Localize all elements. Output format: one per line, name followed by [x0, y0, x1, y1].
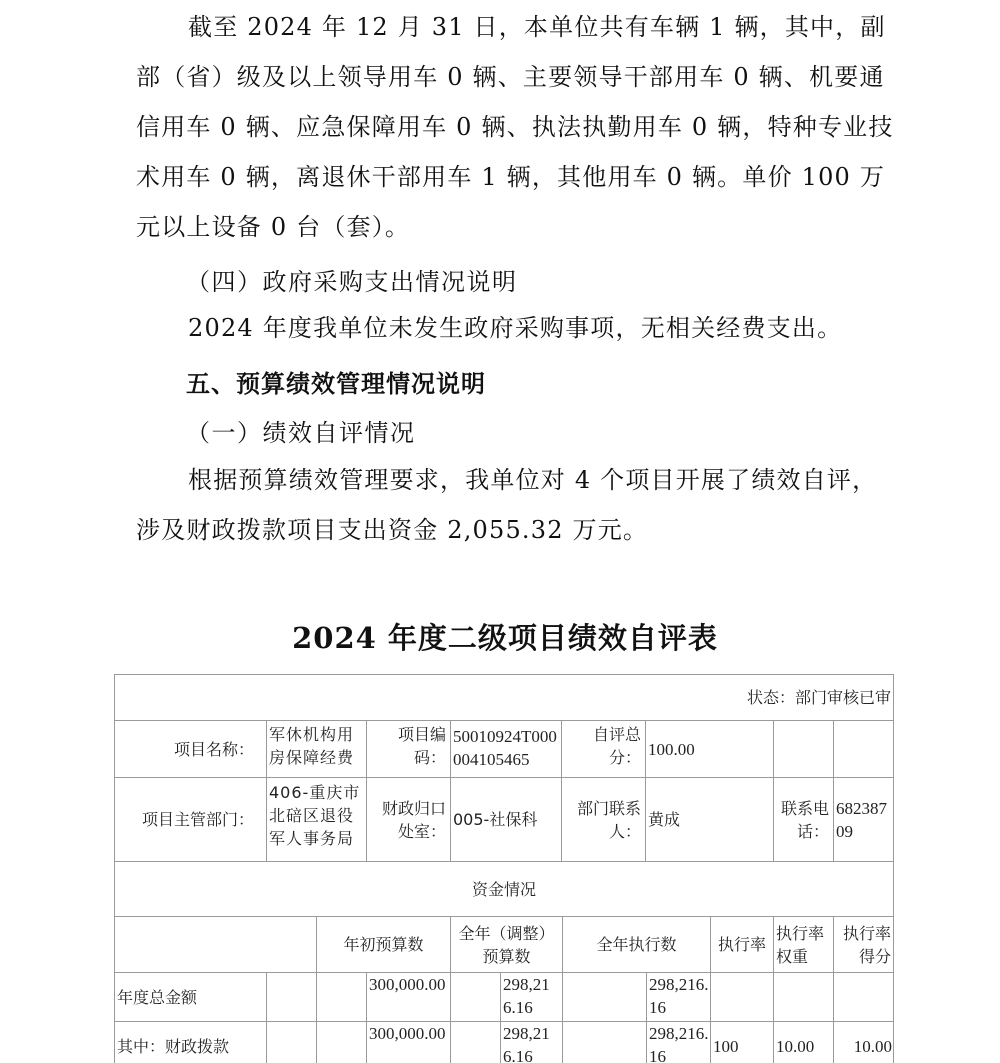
status-text: 状态：部门审核已审 — [747, 686, 891, 709]
phone-value: 68238709 — [836, 797, 893, 843]
header-adjusted-budget-label: 全年（调整）预算数 — [457, 922, 556, 968]
dept-value: 406-重庆市北碚区退役军人事务局 — [269, 783, 360, 848]
exec-weight-cell: 10.00 — [773, 1021, 834, 1063]
phone-label: 联系电话： — [774, 797, 829, 843]
executed-value: 298,216.16 — [649, 975, 709, 1017]
executed-cell: 298,216.16 — [646, 972, 711, 1022]
empty-cell — [266, 972, 317, 1022]
funding-section-header: 资金情况 — [114, 861, 894, 917]
dept-cell: 406-重庆市北碚区退役军人事务局 — [266, 777, 367, 862]
phone-cell: 68238709 — [833, 777, 894, 862]
empty-cell — [562, 972, 647, 1022]
project-name-cell: 军休机构用房保障经费 — [266, 720, 367, 778]
initial-budget-cell: 300,000.00 — [366, 1021, 451, 1063]
header-exec-rate: 执行率 — [710, 916, 774, 973]
header-exec-score-label: 执行率得分 — [834, 922, 891, 968]
project-code-value: 50010924T000004105465 — [453, 727, 557, 769]
header-initial-budget-label: 年初预算数 — [343, 933, 423, 956]
project-code-label-cell: 项目编码： — [366, 720, 451, 778]
adjusted-budget-cell: 298,216.16 — [500, 1021, 563, 1063]
funding-section-label: 资金情况 — [472, 878, 536, 901]
initial-budget-cell: 300,000.00 — [366, 972, 451, 1022]
executed-value: 298,216.16 — [649, 1024, 709, 1063]
initial-budget-value: 300,000.00 — [369, 975, 446, 994]
funding-row-label: 年度总金额 — [114, 972, 267, 1022]
status-row: 状态：部门审核已审 — [114, 674, 894, 721]
project-code-cell: 50010924T000004105465 — [450, 720, 562, 778]
contact-label: 部门联系人： — [562, 797, 641, 843]
dept-label: 项目主管部门： — [142, 808, 254, 831]
self-score-cell: 100.00 — [645, 720, 774, 778]
project-name-label-cell: 项目名称： — [114, 720, 267, 778]
finance-office-value: 005-社保科 — [453, 808, 537, 831]
empty-cell — [833, 720, 894, 778]
self-score-value: 100.00 — [648, 738, 695, 761]
paragraph-procurement: 2024 年度我单位未发生政府采购事项，无相关经费支出。 — [136, 303, 896, 353]
finance-office-label: 财政归口处室： — [367, 797, 446, 843]
row-label-fiscal: 其中：财政拨款 — [117, 1035, 229, 1058]
initial-budget-value: 300,000.00 — [369, 1024, 446, 1043]
header-executed-label: 全年执行数 — [596, 933, 676, 956]
empty-cell — [316, 972, 367, 1022]
heading-procurement: （四）政府采购支出情况说明 — [186, 262, 518, 297]
header-exec-weight: 执行率权重 — [773, 916, 834, 973]
exec-rate-value: 100 — [713, 1035, 739, 1058]
header-adjusted-budget: 全年（调整）预算数 — [450, 916, 563, 973]
empty-cell — [450, 1021, 501, 1063]
header-exec-weight-label: 执行率权重 — [776, 922, 833, 968]
exec-score-cell: 10.00 — [833, 1021, 894, 1063]
exec-rate-cell — [710, 972, 774, 1022]
exec-weight-value: 10.00 — [776, 1035, 814, 1058]
paragraph-vehicles: 截至 2024 年 12 月 31 日，本单位共有车辆 1 辆，其中，副部（省）… — [136, 2, 896, 252]
heading-self-evaluation: （一）绩效自评情况 — [186, 413, 416, 448]
project-code-label: 项目编码： — [398, 725, 446, 767]
empty-cell — [266, 1021, 317, 1063]
adjusted-budget-cell: 298,216.16 — [500, 972, 563, 1022]
row-label-total: 年度总金额 — [117, 986, 197, 1009]
table-title: 2024 年度二级项目绩效自评表 — [0, 616, 1000, 657]
self-score-label-cell: 自评总分： — [561, 720, 646, 778]
exec-score-cell — [833, 972, 894, 1022]
header-exec-rate-label: 执行率 — [718, 933, 766, 956]
executed-cell: 298,216.16 — [646, 1021, 711, 1063]
project-name-value: 军休机构用房保障经费 — [269, 725, 354, 767]
adjusted-budget-value: 298,216.16 — [503, 975, 550, 1017]
empty-header-cell — [114, 916, 317, 973]
project-name-label: 项目名称： — [174, 738, 254, 761]
empty-cell — [450, 972, 501, 1022]
header-initial-budget: 年初预算数 — [316, 916, 451, 973]
heading-section-5: 五、预算绩效管理情况说明 — [186, 364, 486, 399]
empty-cell — [773, 720, 834, 778]
contact-cell: 黄成 — [645, 777, 774, 862]
exec-rate-cell: 100 — [710, 1021, 774, 1063]
contact-label-cell: 部门联系人： — [561, 777, 646, 862]
finance-office-label-cell: 财政归口处室： — [366, 777, 451, 862]
contact-value: 黄成 — [648, 808, 680, 831]
finance-office-cell: 005-社保科 — [450, 777, 562, 862]
empty-cell — [562, 1021, 647, 1063]
funding-row-label: 其中：财政拨款 — [114, 1021, 267, 1063]
exec-score-value: 10.00 — [854, 1035, 892, 1058]
header-executed: 全年执行数 — [562, 916, 711, 973]
self-score-label: 自评总分： — [593, 725, 641, 767]
empty-cell — [316, 1021, 367, 1063]
exec-weight-cell — [773, 972, 834, 1022]
header-exec-score: 执行率得分 — [833, 916, 894, 973]
dept-label-cell: 项目主管部门： — [114, 777, 267, 862]
paragraph-self-evaluation: 根据预算绩效管理要求，我单位对 4 个项目开展了绩效自评，涉及财政拨款项目支出资… — [136, 455, 896, 555]
adjusted-budget-value: 298,216.16 — [503, 1024, 550, 1063]
phone-label-cell: 联系电话： — [773, 777, 834, 862]
